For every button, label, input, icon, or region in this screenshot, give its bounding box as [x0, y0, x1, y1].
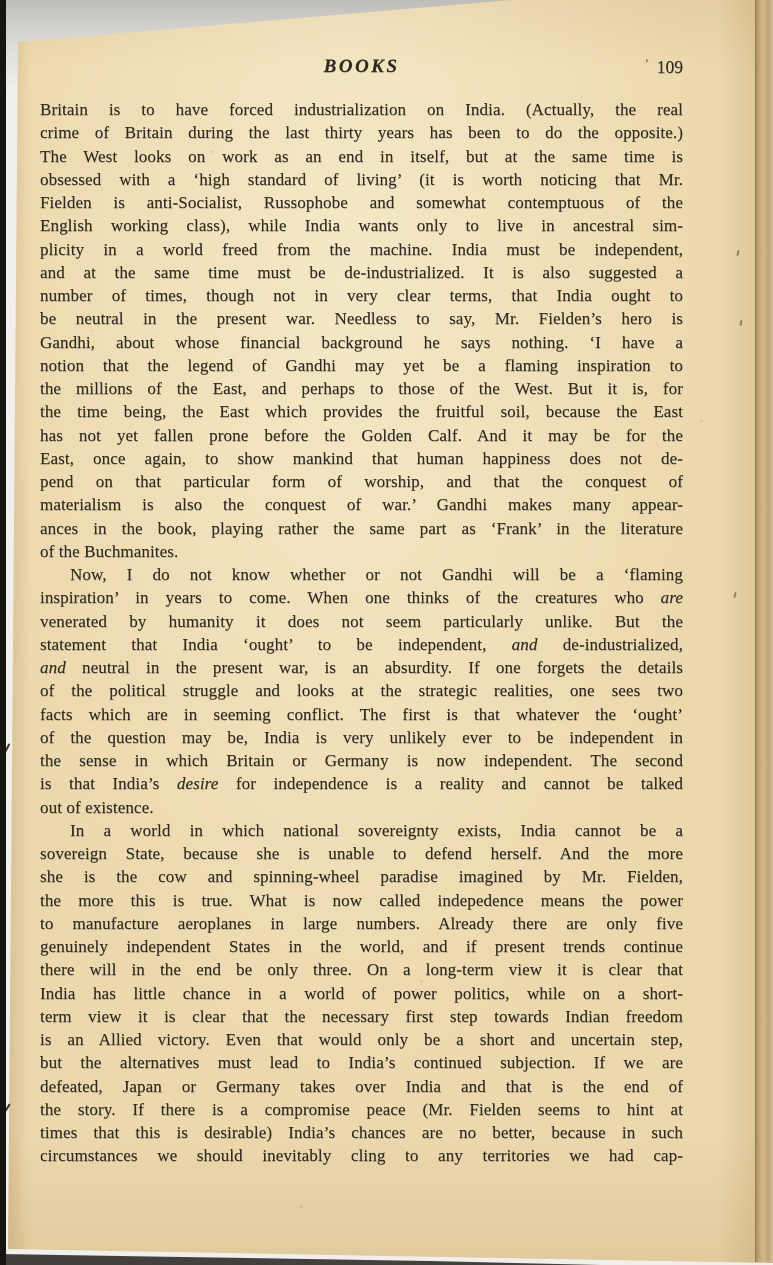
scan-speck: [90, 330, 92, 332]
text-line: the more this is true. What is now calle…: [40, 889, 683, 912]
text-line: sovereign State, because she is unable t…: [40, 842, 683, 865]
text-line: In a world in which national sovereignty…: [40, 819, 683, 842]
text-line: East, once again, to show mankind that h…: [40, 447, 683, 470]
text-line: inspiration’ in years to come. When one …: [40, 586, 683, 609]
scan-speck: [120, 660, 122, 663]
text-line: the story. If there is a compromise peac…: [40, 1098, 683, 1121]
page-body: Britain is to have forced industrializat…: [40, 98, 683, 1168]
text-line: facts which are in seeming conflict. The…: [40, 703, 683, 726]
text-line: is an Allied victory. Even that would on…: [40, 1028, 683, 1051]
scan-speck: [210, 150, 213, 153]
book-page: BOOKS ’ 109 Britain is to have forced in…: [0, 0, 773, 1265]
page-number: 109: [657, 57, 683, 78]
page-fore-edge: [755, 0, 773, 1262]
text-line: pend on that particular form of worship,…: [40, 470, 683, 493]
page-header-title: BOOKS: [40, 56, 683, 78]
scanned-page-background: BOOKS ’ 109 Britain is to have forced in…: [0, 0, 773, 1265]
text-line: but the alternatives must lead to India’…: [40, 1051, 683, 1074]
text-line: plicity in a world freed from the machin…: [40, 238, 683, 261]
text-line: number of times, though not in very clea…: [40, 284, 683, 307]
scan-speck: [585, 95, 587, 97]
text-line: The West looks on work as an end in itse…: [40, 145, 683, 168]
scan-speck: [733, 592, 736, 598]
scan-speck: [420, 980, 423, 983]
text-line: notion that the legend of Gandhi may yet…: [40, 354, 683, 377]
text-line: English working class), while India want…: [40, 214, 683, 237]
scan-speck: [736, 250, 739, 256]
scan-speck: [700, 420, 703, 422]
text-line: materialism is also the conquest of war.…: [40, 493, 683, 516]
text-line: crime of Britain during the last thirty …: [40, 121, 683, 144]
text-line: circumstances we should inevitably cling…: [40, 1144, 683, 1167]
text-line: is that India’s desire for independence …: [40, 772, 683, 795]
text-line: India has little chance in a world of po…: [40, 982, 683, 1005]
scan-speck: [740, 320, 743, 326]
text-line: Gandhi, about whose financial background…: [40, 331, 683, 354]
text-line: defeated, Japan or Germany takes over In…: [40, 1075, 683, 1098]
text-line: there will in the end be only three. On …: [40, 958, 683, 981]
text-line: genuinely independent States in the worl…: [40, 935, 683, 958]
text-line: obsessed with a ‘high standard of living…: [40, 168, 683, 191]
text-line: venerated by humanity it does not seem p…: [40, 610, 683, 633]
text-line: statement that India ‘ought’ to be indep…: [40, 633, 683, 656]
scan-speck: [680, 1080, 682, 1082]
page-number-mark: ’: [645, 56, 649, 72]
text-line: Fielden is anti-Socialist, Russophobe an…: [40, 191, 683, 214]
text-line: has not yet fallen prone before the Gold…: [40, 424, 683, 447]
text-line: the sense in which Britain or Germany is…: [40, 749, 683, 772]
text-line: ances in the book, playing rather the sa…: [40, 517, 683, 540]
page-header: BOOKS ’ 109: [40, 56, 683, 82]
text-line: and at the same time must be de-industri…: [40, 261, 683, 284]
text-line: the millions of the East, and perhaps to…: [40, 377, 683, 400]
text-line: Now, I do not know whether or not Gandhi…: [40, 563, 683, 586]
scan-speck: [300, 1205, 303, 1208]
text-line: to manufacture aeroplanes in large numbe…: [40, 912, 683, 935]
text-line: term view it is clear that the necessary…: [40, 1005, 683, 1028]
text-line: and neutral in the present war, is an ab…: [40, 656, 683, 679]
text-line: she is the cow and spinning-wheel paradi…: [40, 865, 683, 888]
text-line: the time being, the East which provides …: [40, 400, 683, 423]
text-line: of the question may be, India is very un…: [40, 726, 683, 749]
text-line: out of existence.: [40, 796, 683, 819]
text-line: Britain is to have forced industrializat…: [40, 98, 683, 121]
text-line: times that this is desirable) India’s ch…: [40, 1121, 683, 1144]
spine-shadow-strip: [0, 0, 6, 1265]
text-line: be neutral in the present war. Needless …: [40, 307, 683, 330]
text-line: of the Buchmanites.: [40, 540, 683, 563]
text-line: of the political struggle and looks at t…: [40, 679, 683, 702]
